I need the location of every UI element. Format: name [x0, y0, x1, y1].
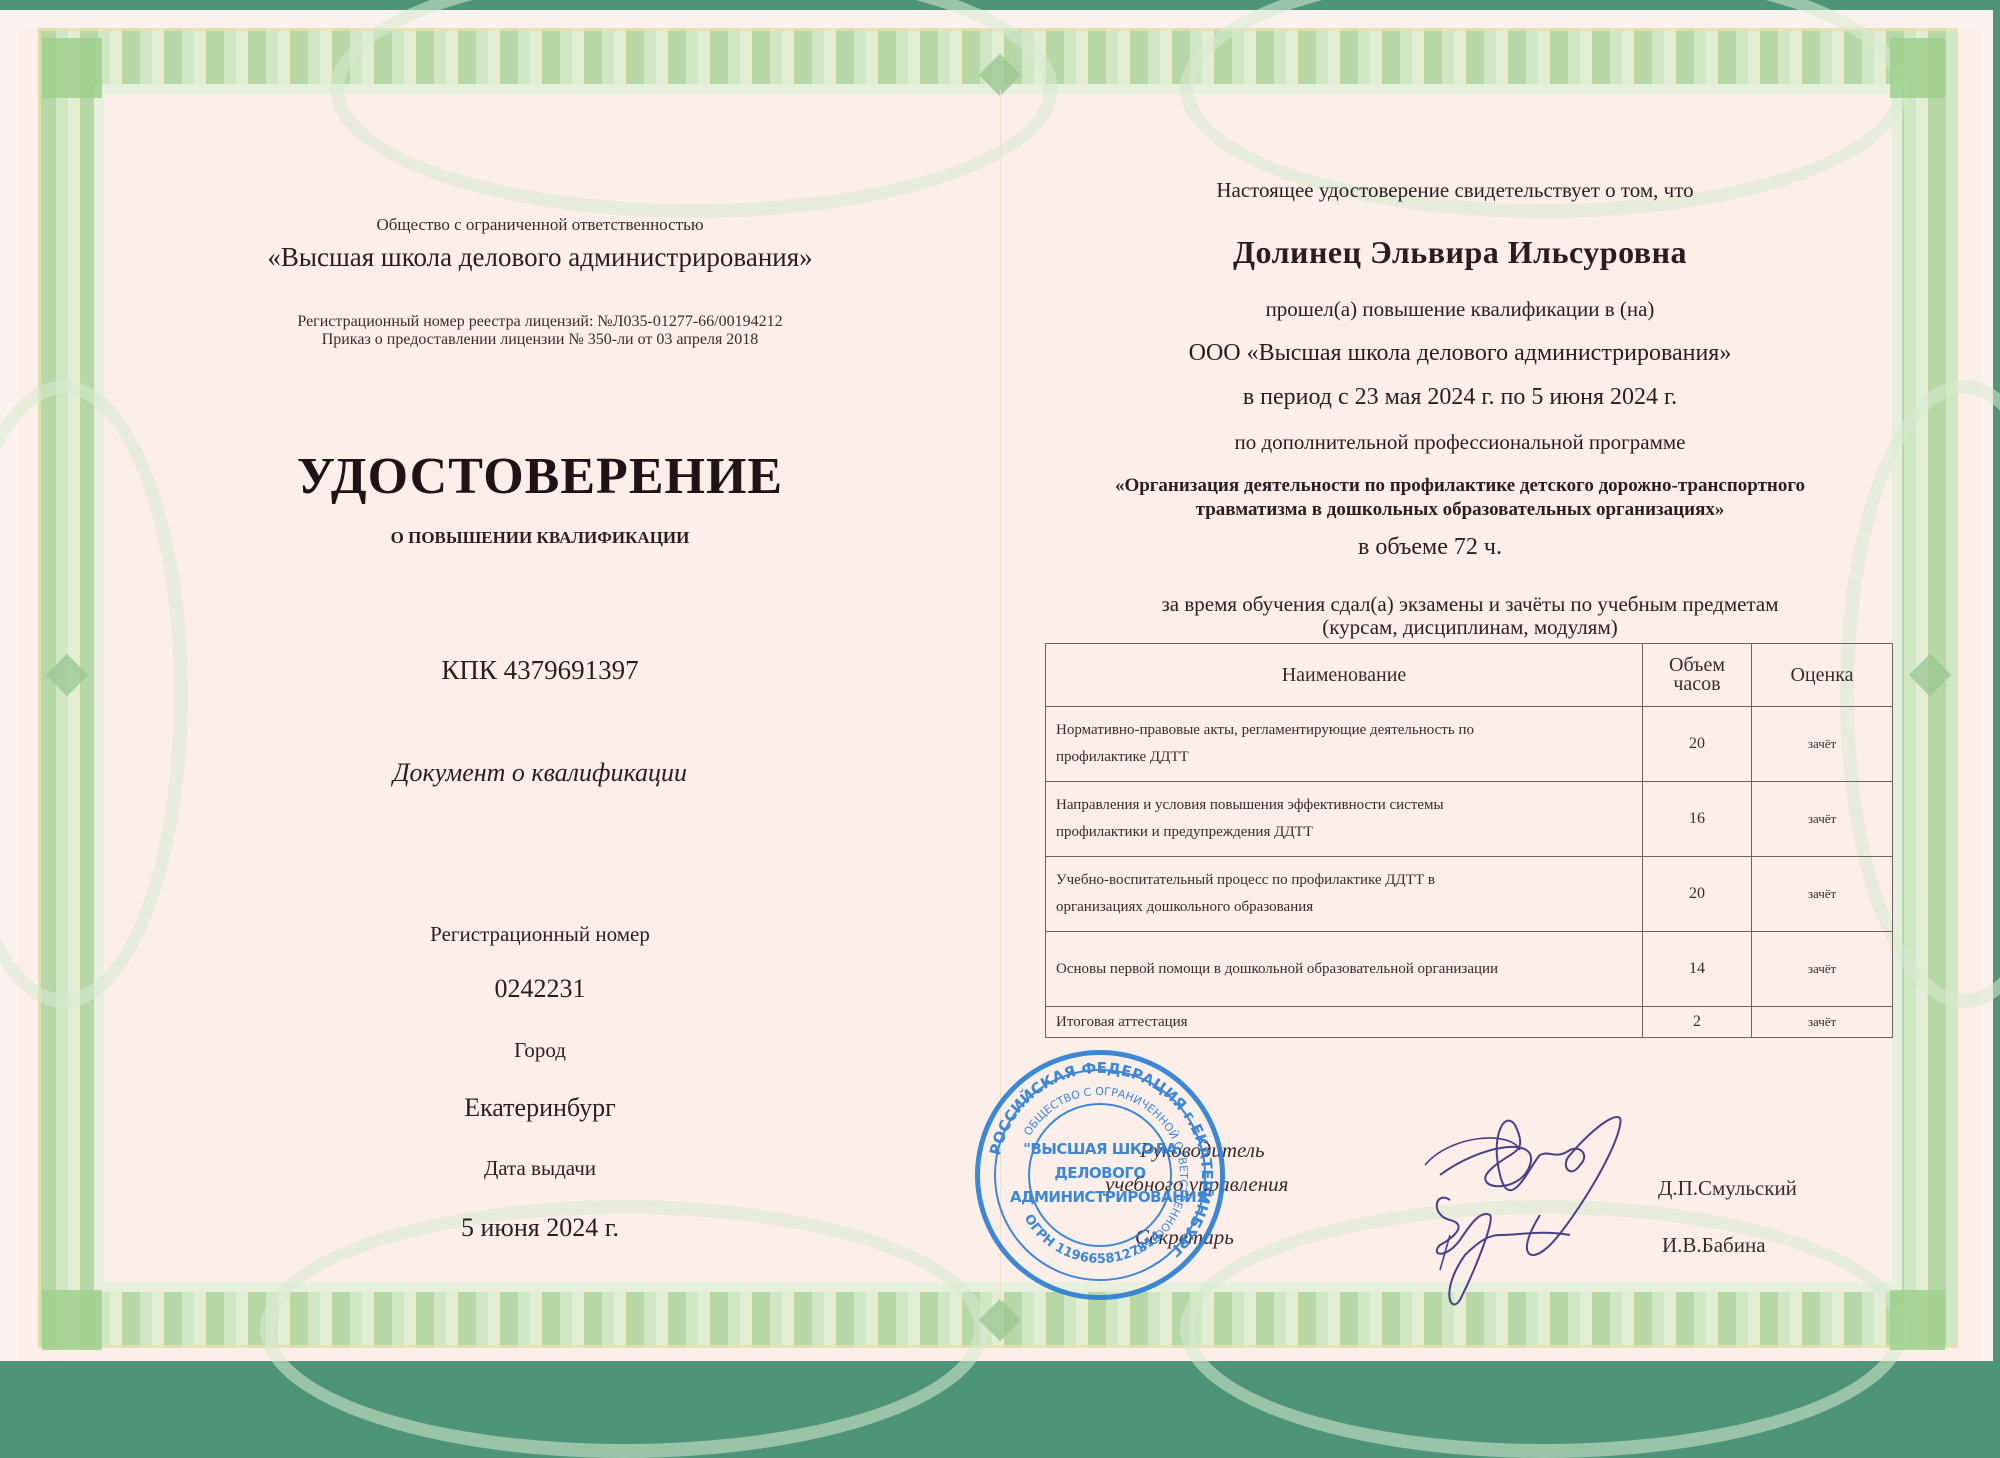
holder-name: Долинец Эльвира Ильсуровна [1000, 234, 1920, 271]
subject-name: Учебно-воспитательный процесс по профила… [1046, 857, 1643, 932]
certificate-intro: Настоящее удостоверение свидетельствует … [1000, 178, 1910, 203]
institution-name: ООО «Высшая школа делового администриров… [1000, 340, 1920, 367]
program-title-line1: «Организация деятельности по профилактик… [990, 474, 1930, 498]
stamp-center-line2: ДЕЛОВОГО [1010, 1161, 1190, 1185]
border-corner [42, 38, 102, 98]
subject-grade: зачёт [1752, 857, 1893, 932]
program-intro: по дополнительной профессиональной прогр… [1000, 430, 1920, 455]
org-type: Общество с ограниченной ответственностью [200, 215, 880, 235]
header-hours: Объем часов [1643, 644, 1752, 707]
table-row: Основы первой помощи в дошкольной образо… [1046, 932, 1893, 1007]
subject-grade: зачёт [1752, 932, 1893, 1007]
subject-hours: 2 [1643, 1007, 1752, 1038]
signature-secretary [1420, 1180, 1580, 1310]
border-corner [1890, 1290, 1945, 1350]
border-corner [42, 1290, 102, 1350]
subject-name-line2: профилактики и предупреждения ДДТТ [1056, 824, 1313, 840]
subject-name-line1: Нормативно-правовые акты, регламентирующ… [1056, 722, 1474, 738]
study-period: в период с 23 мая 2024 г. по 5 июня 2024… [1000, 384, 1920, 411]
table-row: Нормативно-правовые акты, регламентирующ… [1046, 707, 1893, 782]
border-corner [1890, 38, 1945, 98]
table-row: Учебно-воспитательный процесс по профила… [1046, 857, 1893, 932]
head-name: Д.П.Смульский [1658, 1176, 1797, 1201]
document-type: Документ о квалификации [200, 758, 880, 788]
subject-name: Итоговая аттестация [1046, 1007, 1643, 1038]
subject-hours: 14 [1643, 932, 1752, 1007]
program-volume: в объеме 72 ч. [970, 534, 1890, 561]
issue-date-label: Дата выдачи [200, 1156, 880, 1181]
exams-line1: за время обучения сдал(а) экзамены и зач… [1010, 592, 1930, 617]
exams-line2: (курсам, дисциплинам, модулям) [1010, 615, 1930, 640]
subject-name-line2: организациях дошкольного образования [1056, 899, 1313, 915]
reg-number-label: Регистрационный номер [200, 922, 880, 947]
subject-name: Направления и условия повышения эффектив… [1046, 782, 1643, 857]
city: Екатеринбург [200, 1093, 880, 1123]
subject-name-line1: Учебно-воспитательный процесс по профила… [1056, 872, 1435, 888]
serial-number: КПК 4379691397 [200, 655, 880, 686]
header-grade: Оценка [1752, 644, 1893, 707]
table-row: Итоговая аттестация 2 зачёт [1046, 1007, 1893, 1038]
subject-grade: зачёт [1752, 1007, 1893, 1038]
subjects-table: Наименование Объем часов Оценка Норматив… [1045, 643, 1893, 1038]
header-name: Наименование [1046, 644, 1643, 707]
issue-date: 5 июня 2024 г. [200, 1213, 880, 1243]
license-registry: Регистрационный номер реестра лицензий: … [200, 313, 880, 330]
subject-name: Нормативно-правовые акты, регламентирующ… [1046, 707, 1643, 782]
svg-text:ОГРН 1196658127814: ОГРН 1196658127814 [1021, 1212, 1165, 1267]
subject-hours: 20 [1643, 857, 1752, 932]
organization-stamp: РОССИЙСКАЯ ФЕДЕРАЦИЯ г.ЕКАТЕРИНБУРГ ОБЩЕ… [975, 1050, 1225, 1300]
subject-grade: зачёт [1752, 707, 1893, 782]
subject-hours: 16 [1643, 782, 1752, 857]
license-order: Приказ о предоставлении лицензии № 350-л… [200, 331, 880, 348]
city-label: Город [200, 1038, 880, 1063]
org-name: «Высшая школа делового администрирования… [200, 242, 880, 273]
table-header-row: Наименование Объем часов Оценка [1046, 644, 1893, 707]
document-title: УДОСТОВЕРЕНИЕ [200, 447, 880, 506]
subject-name-line2: профилактике ДДТТ [1056, 749, 1189, 765]
completed-text: прошел(а) повышение квалификации в (на) [1000, 297, 1920, 322]
subject-hours: 20 [1643, 707, 1752, 782]
stamp-center-text: "ВЫСШАЯ ШКОЛА ДЕЛОВОГО АДМИНИСТРИРОВАНИЯ… [1010, 1137, 1190, 1209]
subject-name-line1: Направления и условия повышения эффектив… [1056, 797, 1444, 813]
stamp-center-line1: "ВЫСШАЯ ШКОЛА [1010, 1137, 1190, 1161]
subject-name: Основы первой помощи в дошкольной образо… [1046, 932, 1643, 1007]
stamp-center-line3: АДМИНИСТРИРОВАНИЯ" [1010, 1185, 1190, 1209]
header-hours-line2: часов [1673, 673, 1720, 695]
stamp-ogrn: ОГРН 1196658127814 [1021, 1212, 1165, 1267]
reg-number: 0242231 [200, 974, 880, 1004]
subject-grade: зачёт [1752, 782, 1893, 857]
program-title-line2: травматизма в дошкольных образовательных… [1000, 498, 1920, 522]
secretary-name: И.В.Бабина [1662, 1233, 1766, 1258]
document-subtitle: О ПОВЫШЕНИИ КВАЛИФИКАЦИИ [200, 528, 880, 548]
table-row: Направления и условия повышения эффектив… [1046, 782, 1893, 857]
